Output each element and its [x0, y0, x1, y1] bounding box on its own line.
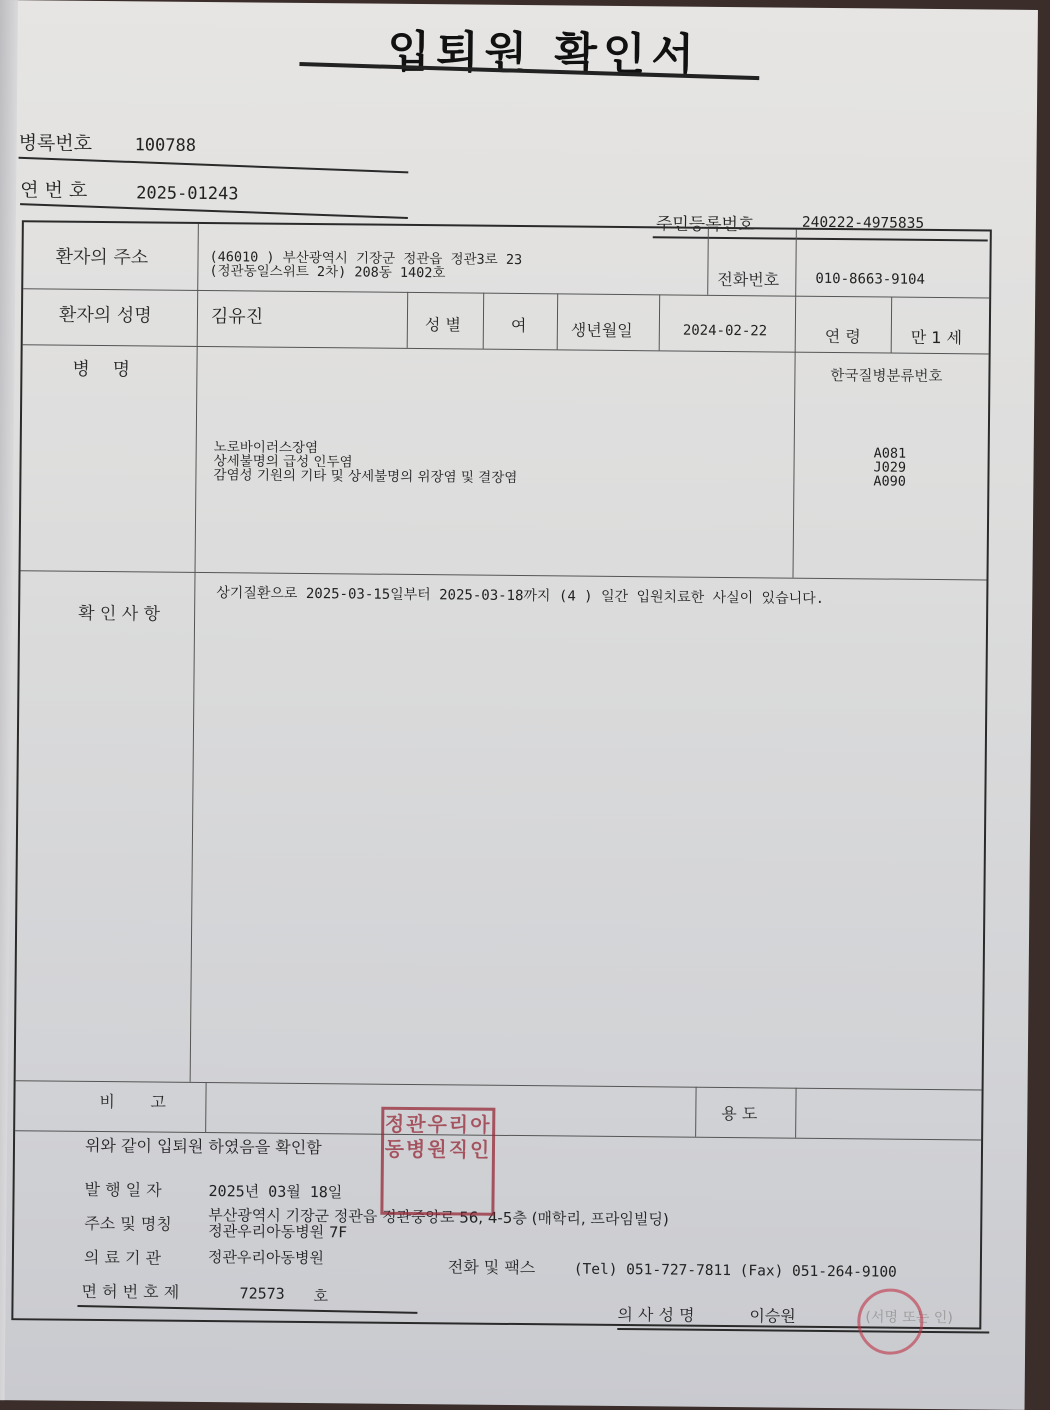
- doctor-rule: [617, 1328, 989, 1334]
- age-value: 만 1 세: [911, 325, 962, 348]
- serial-no-label: 연 번 호: [20, 175, 87, 203]
- contact-label: 전화 및 팩스: [448, 1254, 536, 1278]
- col-divider: [190, 224, 199, 1082]
- record-no: 100788: [135, 135, 197, 156]
- address-name-label: 주소 및 명칭: [84, 1211, 172, 1235]
- diagnosis-name: 감염성 기원의 기타 및 상세불명의 위장염 및 결장염: [213, 468, 517, 485]
- row-divider: [21, 570, 987, 580]
- kcd-code: A090: [873, 474, 906, 488]
- purpose-label: 용 도: [721, 1101, 757, 1124]
- col-divider: [205, 1082, 206, 1132]
- record-no-rule: [19, 157, 409, 174]
- col-divider: [795, 1088, 796, 1138]
- institution-label: 의 료 기 관: [84, 1245, 161, 1269]
- license-suffix: 호: [313, 1285, 328, 1306]
- sex-label: 성 별: [425, 312, 461, 335]
- issue-date-label: 발 행 일 자: [84, 1177, 161, 1201]
- hospital-address-line2: 정관우리아동병원 7F: [208, 1220, 347, 1242]
- confirmation-label: 확 인 사 항: [78, 599, 160, 625]
- dob-value: 2024-02-22: [683, 323, 767, 340]
- col-divider: [483, 293, 485, 349]
- serial-no: 2025-01243: [136, 183, 239, 204]
- hospital-seal-stamp: 정관우리아동병원직인: [380, 1107, 495, 1216]
- license-no: 72573: [240, 1284, 285, 1302]
- phone-value: 010-8663-9104: [815, 271, 925, 288]
- col-divider: [792, 230, 796, 578]
- record-no-label: 병록번호: [19, 128, 93, 156]
- license-rule: [77, 1305, 417, 1314]
- contact-value: (Tel) 051-727-7811 (Fax) 051-264-9100: [574, 1262, 897, 1281]
- phone-label: 전화번호: [717, 267, 779, 291]
- sex-value: 여: [511, 313, 527, 336]
- name-label: 환자의 성명: [59, 301, 152, 328]
- serial-no-rule: [20, 203, 408, 219]
- kcd-code-list: A081 J029 A090: [873, 446, 906, 488]
- col-divider: [407, 292, 409, 348]
- doctor-seal-stamp: [857, 1288, 924, 1355]
- doctor-name: 이승원: [749, 1303, 796, 1326]
- col-divider: [695, 1087, 696, 1137]
- institution-name: 정관우리아동병원: [208, 1246, 324, 1268]
- patient-name: 김유진: [211, 302, 263, 328]
- diagnosis-list: 노로바이러스장염 상세불명의 급성 인두염 감염성 기원의 기타 및 상세불명의…: [213, 440, 517, 485]
- remarks-label: 비 고: [99, 1089, 166, 1113]
- address-line2: (정관동일스위트 2차) 208동 1402호: [209, 264, 445, 280]
- certificate-table: 환자의 주소 (46010 ) 부산광역시 기장군 정관읍 정관3로 23 (정…: [11, 220, 992, 1329]
- license-label: 면 허 번 호 제: [82, 1279, 180, 1303]
- kcd-label: 한국질병분류번호: [830, 364, 942, 386]
- issue-date: 2025년 03월 18일: [208, 1180, 342, 1202]
- col-divider: [707, 229, 709, 295]
- confirmation-text: 상기질환으로 2025-03-15일부터 2025-03-18까지 (4 ) 일…: [216, 582, 824, 608]
- address-label: 환자의 주소: [55, 243, 148, 270]
- col-divider: [659, 294, 661, 350]
- col-divider: [557, 293, 559, 349]
- certificate-page: 입퇴원 확인서 병록번호 100788 연 번 호 2025-01243 주민등…: [0, 0, 1038, 1400]
- row-divider: [23, 288, 989, 298]
- age-label: 연 령: [825, 324, 861, 347]
- col-divider: [891, 297, 893, 353]
- doctor-label: 의 사 성 명: [617, 1302, 694, 1326]
- diagnosis-label: 병 명: [72, 355, 130, 382]
- dob-label: 생년월일: [571, 317, 633, 341]
- statement: 위와 같이 입퇴원 하였음을 확인함: [85, 1133, 322, 1158]
